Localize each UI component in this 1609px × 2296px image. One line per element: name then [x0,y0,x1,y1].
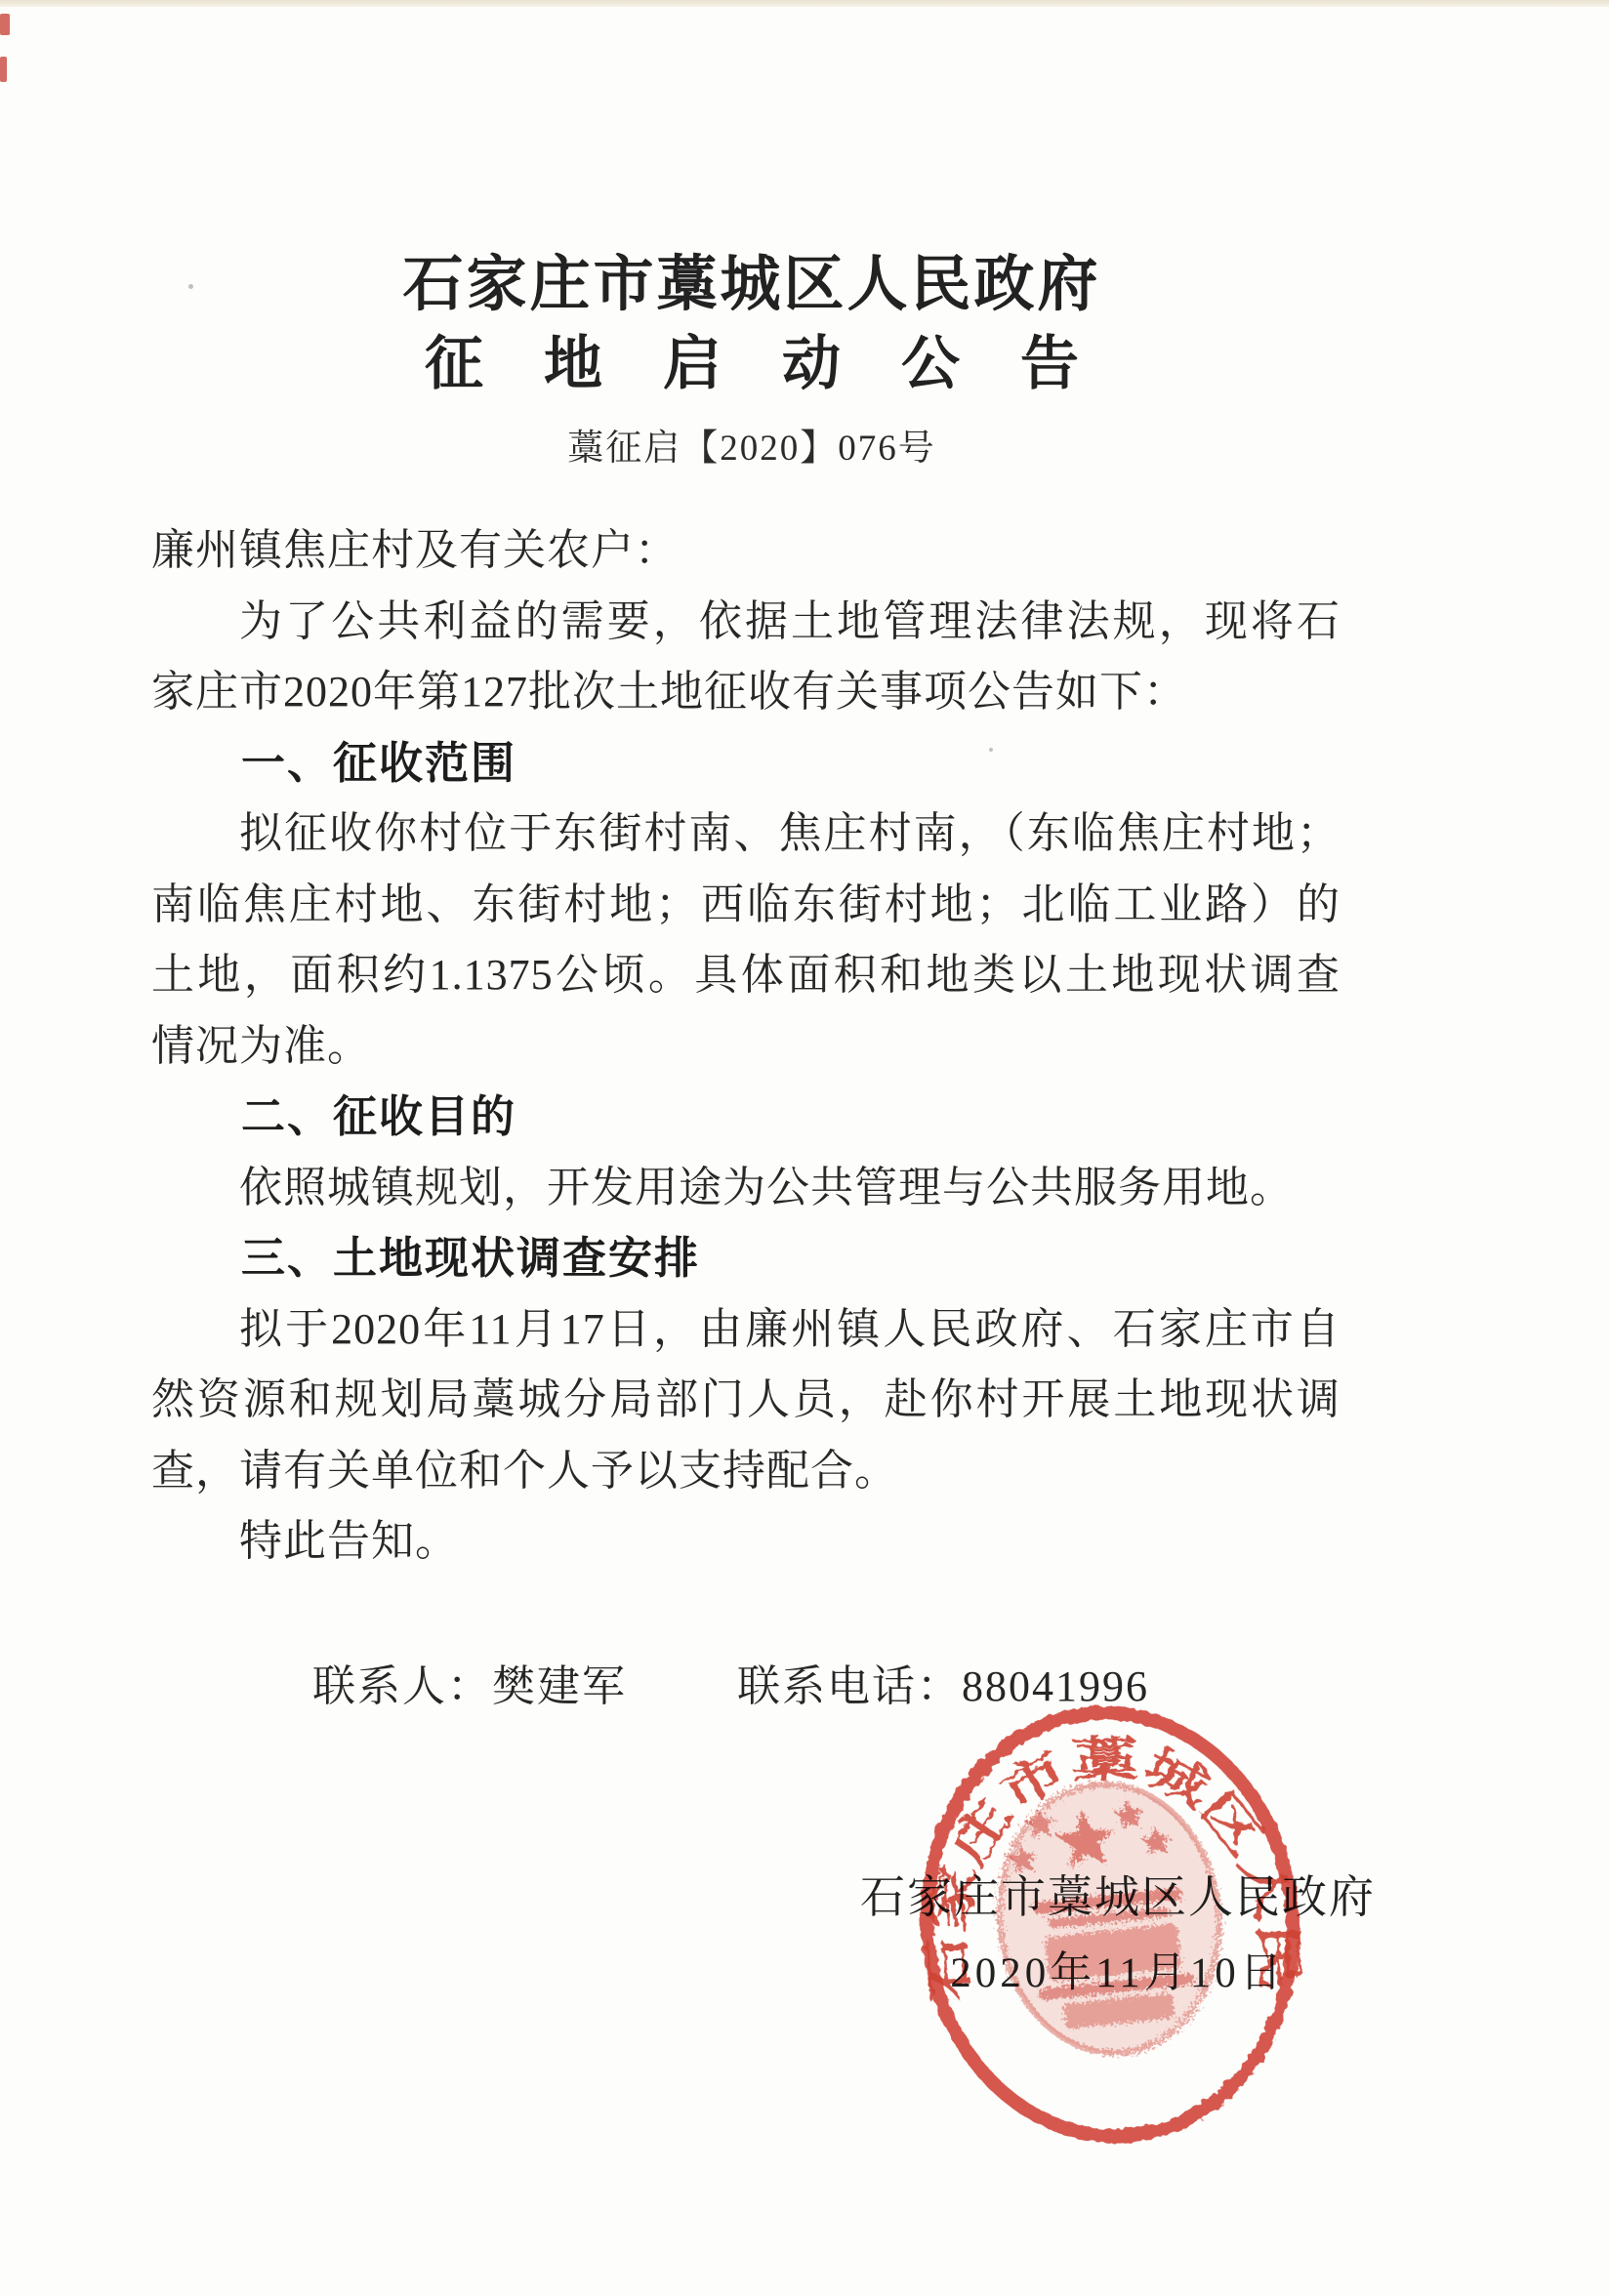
contact-person: 联系人：樊建军 [312,1652,627,1722]
body-line: 为了公共利益的需要，依据土地管理法律法规，现将石 [151,587,1341,658]
org-title: 石家庄市藁城区人民政府 [117,246,1386,324]
official-seal: 石家庄市藁城区人民政府 [880,1671,1348,2180]
body-line: 土地，面积约1.1375公顷。具体面积和地类以土地现状调查 [151,940,1341,1011]
closing-line: 特此告知。 [151,1506,1341,1578]
doc-number: 藁征启【2020】076号 [117,420,1386,478]
document-body: 廉州镇焦庄村及有关农户： 为了公共利益的需要，依据土地管理法律法规，现将石 家庄… [151,515,1341,1578]
scan-top-edge [0,0,1609,7]
doc-title: 征地启动公告 [117,324,1386,404]
section-heading-2: 二、征收目的 [151,1082,1341,1153]
body-line: 家庄市2020年第127批次土地征收有关事项公告如下： [151,657,1341,728]
body-line: 情况为准。 [151,1011,1341,1083]
body-line: 拟征收你村位于东街村南、焦庄村南，（东临焦庄村地； [151,799,1341,870]
document-header: 石家庄市藁城区人民政府 征地启动公告 藁征启【2020】076号 [117,246,1386,478]
body-line: 依照城镇规划，开发用途为公共管理与公共服务用地。 [151,1153,1341,1224]
body-line: 南临焦庄村地、东街村地；西临东街村地；北临工业路）的 [151,870,1341,941]
section-heading-1: 一、征收范围 [151,728,1341,799]
section-heading-3: 三、土地现状调查安排 [151,1223,1341,1294]
scanned-notice-page: 石家庄市藁城区人民政府 征地启动公告 藁征启【2020】076号 廉州镇焦庄村及… [0,0,1609,2296]
body-line: 然资源和规划局藁城分局部门人员，赴你村开展土地现状调 [151,1365,1341,1436]
body-line: 拟于2020年11月17日，由廉州镇人民政府、石家庄市自 [151,1294,1341,1366]
scan-red-mark [0,57,7,82]
scan-red-mark [0,14,10,35]
contact-row: 联系人：樊建军 联系电话：88041996 [0,1652,1609,1722]
body-line: 查，请有关单位和个人予以支持配合。 [151,1436,1341,1507]
salutation: 廉州镇焦庄村及有关农户： [151,515,1341,587]
